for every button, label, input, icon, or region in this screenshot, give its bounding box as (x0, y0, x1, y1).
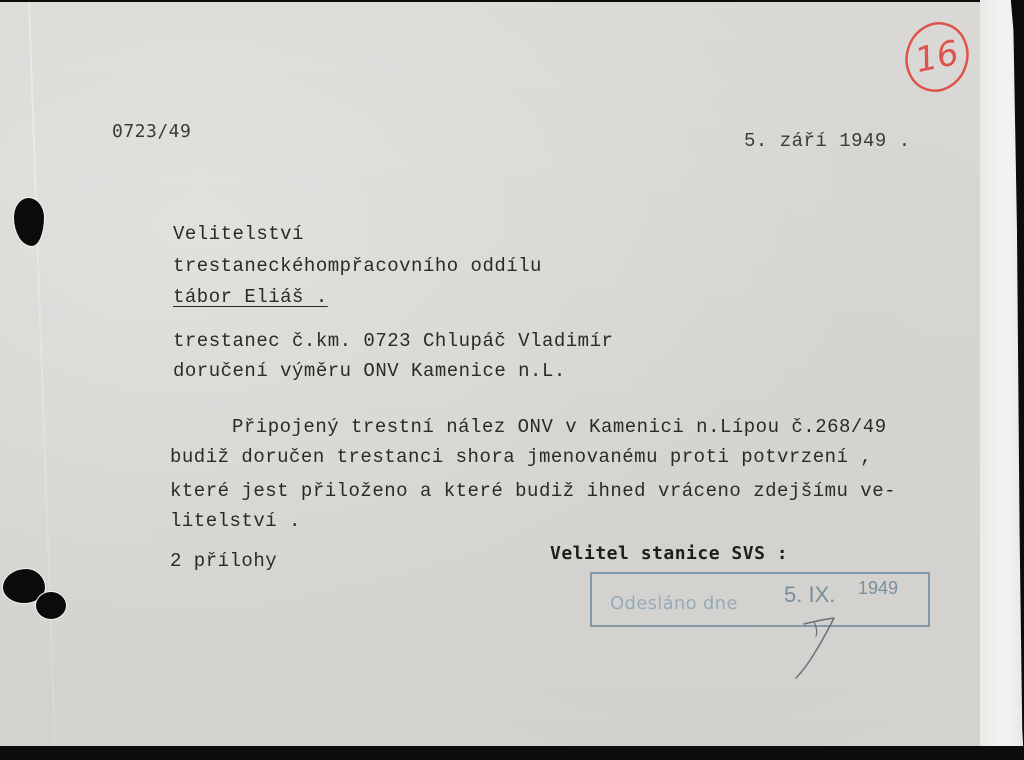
punch-hole-bottom-tear (36, 592, 66, 619)
subject-line-2: doručení výměru ONV Kamenice n.L. (173, 362, 566, 381)
folio-number-circle: 16 (904, 19, 970, 95)
body-line-4: litelství . (170, 512, 301, 531)
paper-sheet: 16 0723/49 5. září 1949 . Velitelství tr… (0, 2, 996, 746)
document-date: 5. září 1949 . (744, 132, 911, 151)
signatory-title: Velitel stanice SVS : (550, 545, 788, 563)
subject-line-1: trestanec č.km. 0723 Chlupáč Vladimír (173, 332, 613, 351)
stamp-date: 5. IX. (784, 582, 835, 608)
addressee-line-1: Velitelství (173, 225, 304, 244)
stamp-year: 1949 (858, 578, 898, 599)
reference-number: 0723/49 (112, 123, 191, 141)
punch-hole-top (14, 198, 44, 246)
body-line-2: budiž doručen trestanci shora jmenovaném… (170, 448, 872, 467)
scan-background-bottom (0, 746, 1024, 760)
body-line-1: Připojený trestní nález ONV v Kamenici n… (232, 418, 887, 437)
stamp-label: Odesláno dne (610, 593, 738, 614)
paper-fold-line (28, 2, 56, 742)
body-line-3: které jest přiloženo a které budiž ihned… (170, 482, 896, 501)
attachments-note: 2 přílohy (170, 552, 277, 571)
handwritten-signature-icon (790, 614, 840, 682)
dispatch-stamp: Odesláno dne 5. IX. 1949 (590, 572, 930, 627)
scanned-document: 16 0723/49 5. září 1949 . Velitelství tr… (0, 0, 1024, 760)
addressee-line-2: trestaneckéhompřacovního oddílu (173, 257, 542, 276)
addressee-line-3: tábor Eliáš . (173, 288, 328, 307)
